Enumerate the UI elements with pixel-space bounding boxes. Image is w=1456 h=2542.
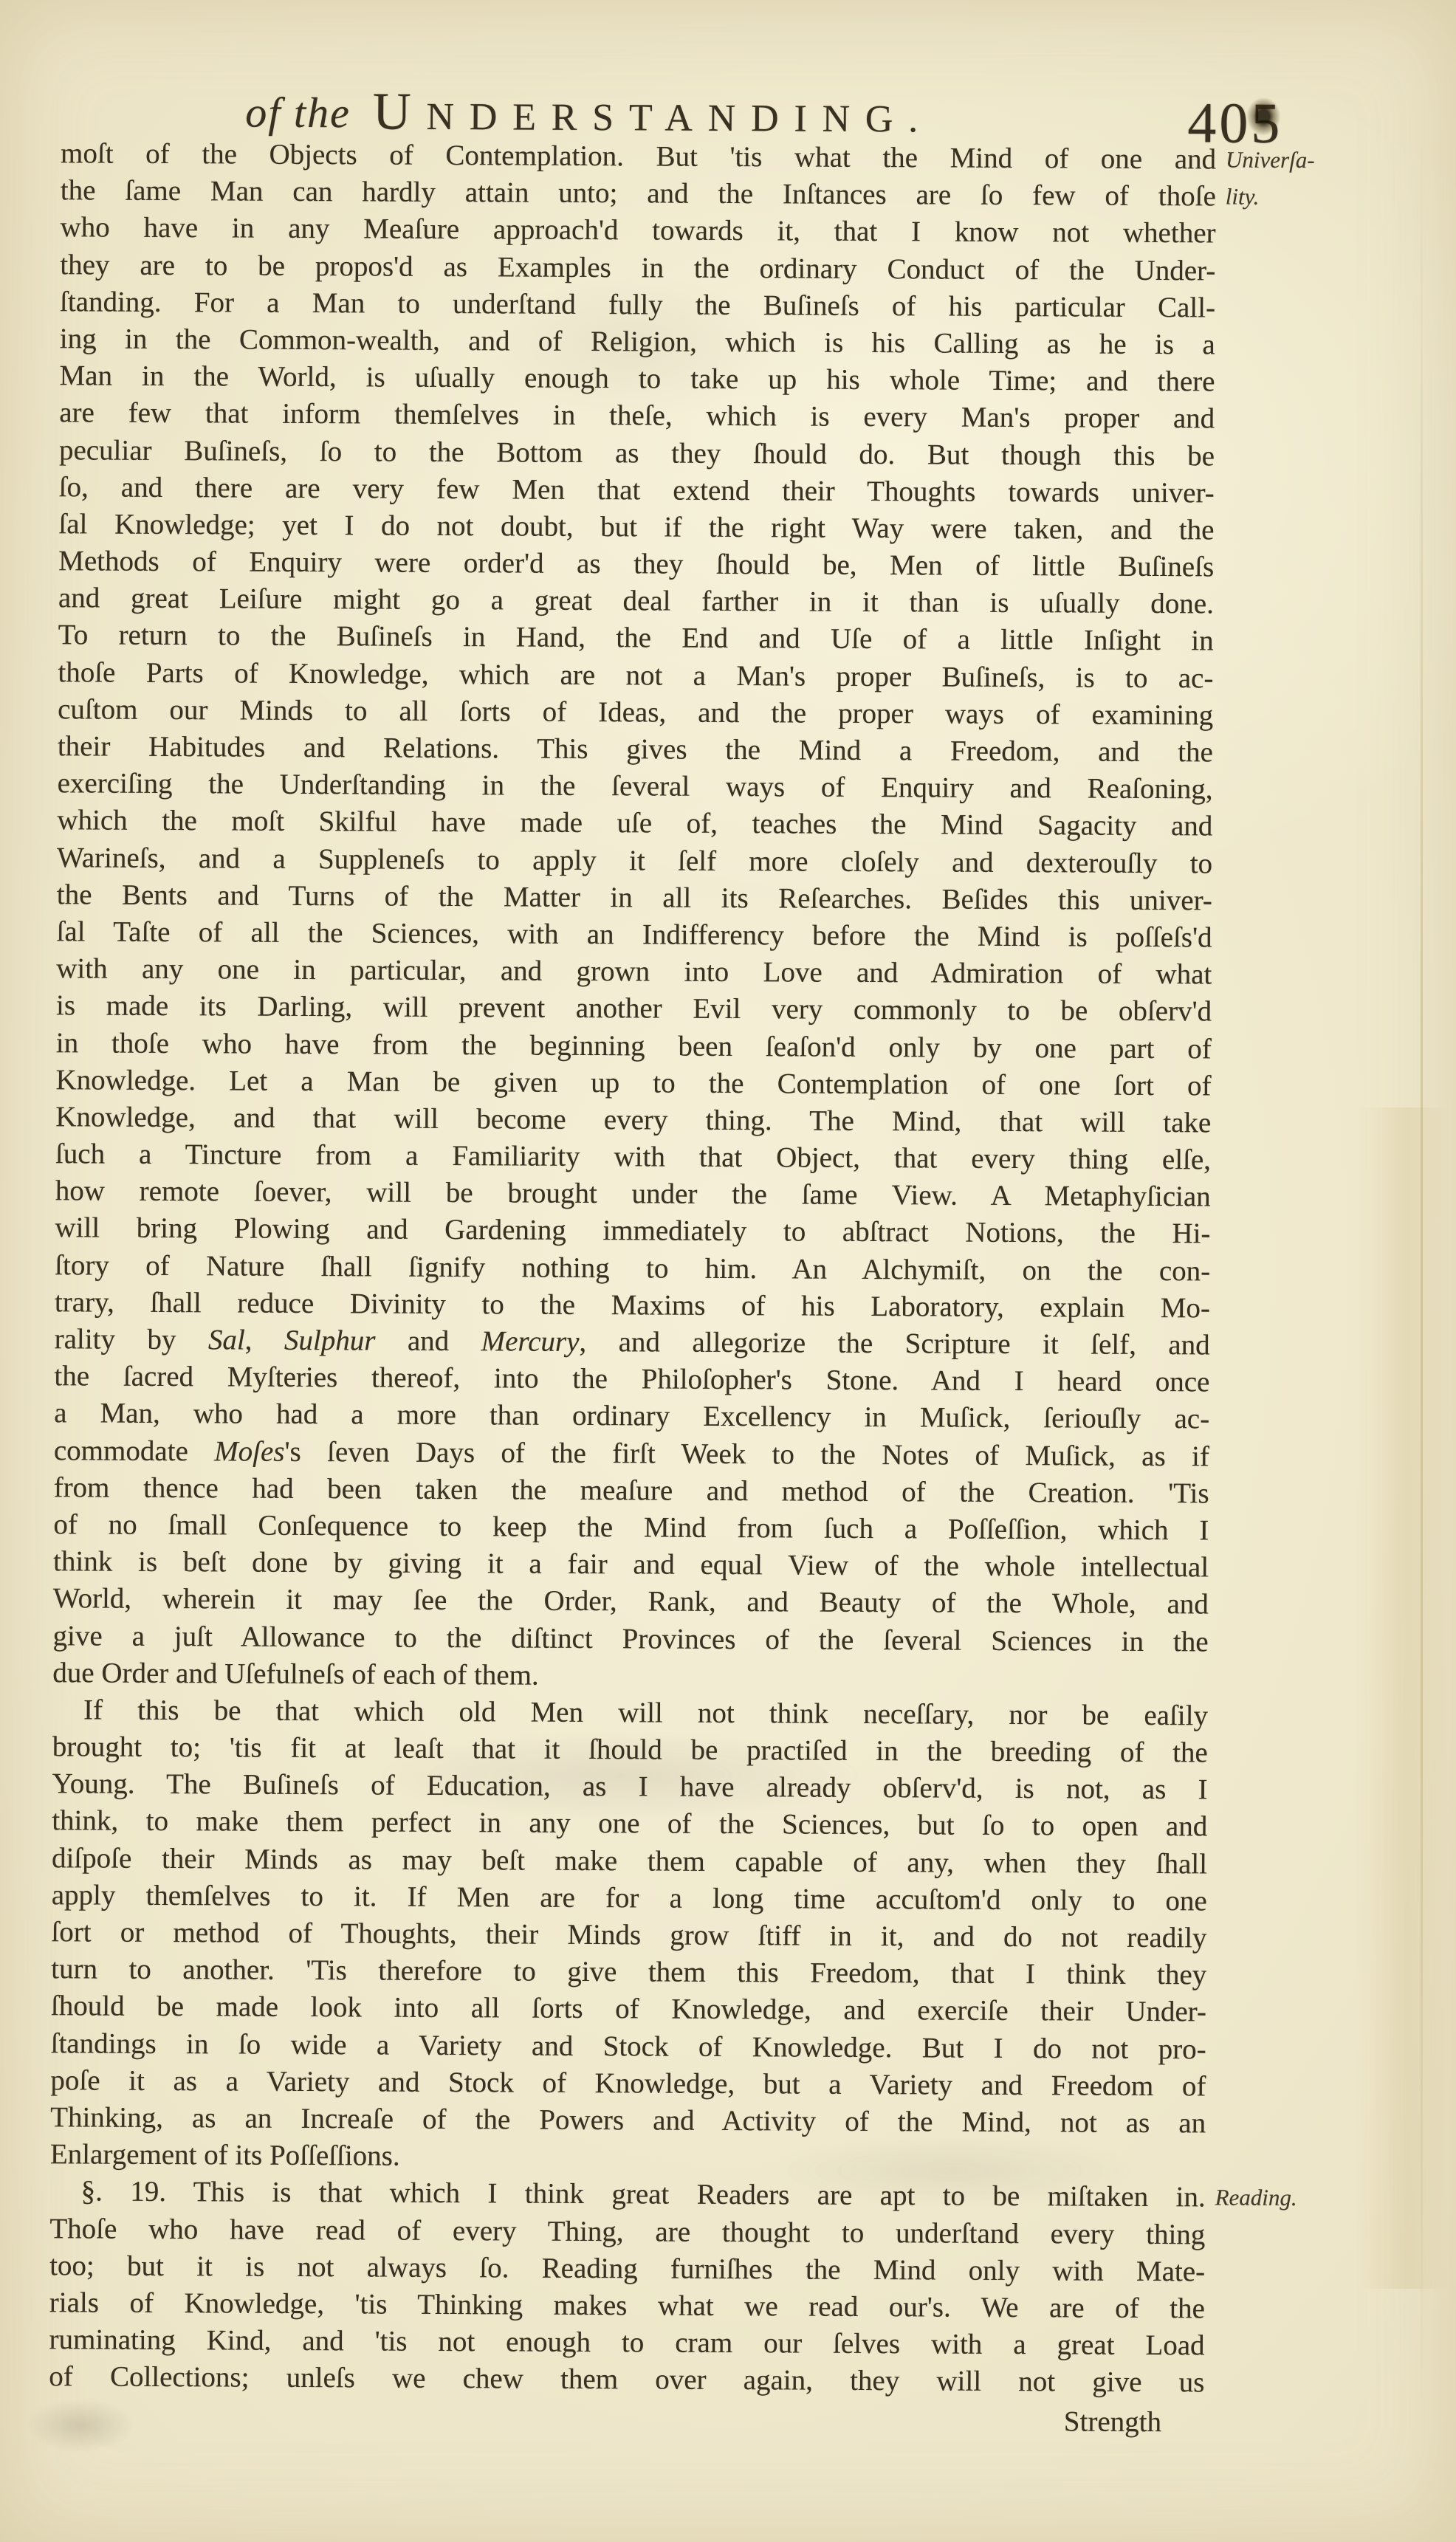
italic-term: Mercury	[481, 1325, 580, 1358]
text-line: of Collections; unleſs we chew them over…	[49, 2358, 1204, 2401]
running-title-lead: of the	[245, 89, 351, 137]
text-line: the ſacred Myſteries thereof, into the P…	[54, 1358, 1209, 1401]
text-line: Enlargement of its Poſſeſſions.	[50, 2136, 1206, 2179]
text-line: peculiar Buſineſs, ſo to the Bottom as t…	[59, 432, 1215, 475]
text-line: ſhould be made look into all ſorts of Kn…	[51, 1988, 1206, 2031]
text-line: rality by Sal, Sulphur and Mercury, and …	[55, 1321, 1210, 1364]
text-line: ſtandings in ſo wide a Variety and Stock…	[51, 2025, 1206, 2068]
text-line: of no ſmall Conſequence to keep the Mind…	[53, 1506, 1209, 1549]
margin-note: Univerſa-	[1226, 142, 1403, 179]
text-line: their Habitudes and Relations. This give…	[58, 728, 1213, 771]
text-line: commodate Moſes's ſeven Days of the firſ…	[54, 1432, 1209, 1475]
text-line: think is beſt done by giving it a fair a…	[53, 1543, 1209, 1586]
text-line: §. 19. This is that which I think great …	[50, 2174, 1206, 2216]
text-line: too; but it is not always ſo. Reading fu…	[49, 2247, 1205, 2290]
text-line: give a juſt Allowance to the diſtinct Pr…	[52, 1618, 1208, 1660]
text-line: will bring Plowing and Gardening immedia…	[55, 1210, 1210, 1253]
text-line: ſal Knowledge; yet I do not doubt, but i…	[58, 506, 1214, 549]
italic-term: Sal	[208, 1324, 245, 1356]
text-line: diſpoſe their Minds as may beſt make the…	[52, 1840, 1207, 1883]
text-line: ſal Taſte of all the Sciences, with an I…	[56, 913, 1212, 956]
italic-term: Sulphur	[284, 1325, 376, 1357]
text-line: Thinking, as an Increaſe of the Powers a…	[50, 2099, 1206, 2142]
text-line: thoſe Parts of Knowledge, which are not …	[58, 654, 1213, 697]
text-line: and great Leiſure might go a great deal …	[58, 580, 1214, 622]
text-line: the Bents and Turns of the Matter in all…	[57, 876, 1212, 919]
italic-term: Moſes	[214, 1435, 285, 1467]
catchword: Strength	[49, 2399, 1204, 2442]
text-line: turn to another. 'Tis therefore to give …	[51, 1951, 1206, 1993]
text-line: think, to make them perfect in any one o…	[52, 1803, 1207, 1846]
text-line: ſuch a Tincture from a Familiarity with …	[55, 1136, 1211, 1178]
text-line: ſort or method of Thoughts, their Minds …	[51, 1914, 1206, 1957]
text-line: due Order and Uſefulneſs of each of them…	[52, 1655, 1208, 1697]
text-line: Knowledge. Let a Man be given up to the …	[55, 1062, 1211, 1105]
text-line: exerciſing the Underſtanding in the ſeve…	[58, 765, 1213, 808]
margin-note: Reading.	[1215, 2179, 1393, 2217]
text-line: trary, ſhall reduce Divinity to the Maxi…	[55, 1284, 1210, 1327]
text-line: Warineſs, and a Suppleneſs to apply it ſ…	[57, 839, 1212, 882]
text-line: with any one in particular, and grown in…	[56, 950, 1212, 993]
text-line: Knowledge, and that will become every th…	[55, 1099, 1211, 1141]
text-line: To return to the Buſineſs in Hand, the E…	[58, 617, 1214, 660]
text-line: ing in the Common-wealth, and of Religio…	[60, 320, 1215, 363]
text-line: ſo, and there are very few Men that exte…	[59, 469, 1215, 512]
text-line: they are to be propos'd as Examples in t…	[60, 247, 1215, 289]
text-lines: moſt of the Objects of Contemplation. Bu…	[49, 135, 1216, 2402]
text-line: Methods of Enquiry were order'd as they …	[58, 543, 1214, 585]
text-line: If this be that which old Men will not t…	[52, 1691, 1208, 1734]
text-line: ſtanding. For a Man to underſtand fully …	[60, 284, 1215, 326]
text-line: a Man, who had a more than ordinary Exce…	[54, 1395, 1209, 1438]
book-page: of theUNDERSTANDING. 405 moſt of the Obj…	[0, 0, 1456, 2542]
text-line: brought to; 'tis fit at leaſt that it ſh…	[52, 1728, 1208, 1771]
text-line: cuſtom our Minds to all ſorts of Ideas, …	[58, 691, 1213, 734]
running-title-caps: UNDERSTANDING.	[373, 80, 934, 145]
text-line: are few that inform themſelves in theſe,…	[59, 395, 1215, 438]
text-line: is made its Darling, will prevent anothe…	[56, 988, 1212, 1031]
text-line: how remote ſoever, will be brought under…	[55, 1172, 1211, 1215]
text-line: ruminating Kind, and 'tis not enough to …	[49, 2321, 1204, 2364]
text-line: Man in the World, is uſually enough to t…	[59, 357, 1215, 400]
text-line: ſtory of Nature ſhall ſignify nothing to…	[55, 1247, 1210, 1290]
text-line: the ſame Man can hardly attain unto; and…	[61, 172, 1216, 215]
margin-note: lity.	[1226, 179, 1403, 216]
text-line: in thoſe who have from the beginning bee…	[56, 1025, 1212, 1068]
text-block: moſt of the Objects of Contemplation. Bu…	[49, 135, 1216, 2442]
scanned-content: of theUNDERSTANDING. 405 moſt of the Obj…	[0, 0, 1456, 2542]
text-line: Young. The Buſineſs of Education, as I h…	[52, 1765, 1207, 1808]
text-line: Thoſe who have read of every Thing, are …	[49, 2210, 1205, 2253]
text-line: rials of Knowledge, 'tis Thinking makes …	[49, 2284, 1205, 2327]
text-line: moſt of the Objects of Contemplation. Bu…	[61, 135, 1216, 178]
text-line: from thence had been taken the meaſure a…	[54, 1469, 1209, 1512]
text-line: World, wherein it may ſee the Order, Ran…	[53, 1581, 1209, 1624]
running-title: of theUNDERSTANDING.	[245, 80, 933, 145]
text-line: which the moſt Skilful have made uſe of,…	[57, 803, 1212, 845]
text-line: who have in any Meaſure approach'd towar…	[60, 210, 1215, 253]
text-line: apply themſelves to it. If Men are for a…	[52, 1877, 1207, 1920]
text-line: poſe it as a Variety and Stock of Knowle…	[50, 2062, 1206, 2105]
